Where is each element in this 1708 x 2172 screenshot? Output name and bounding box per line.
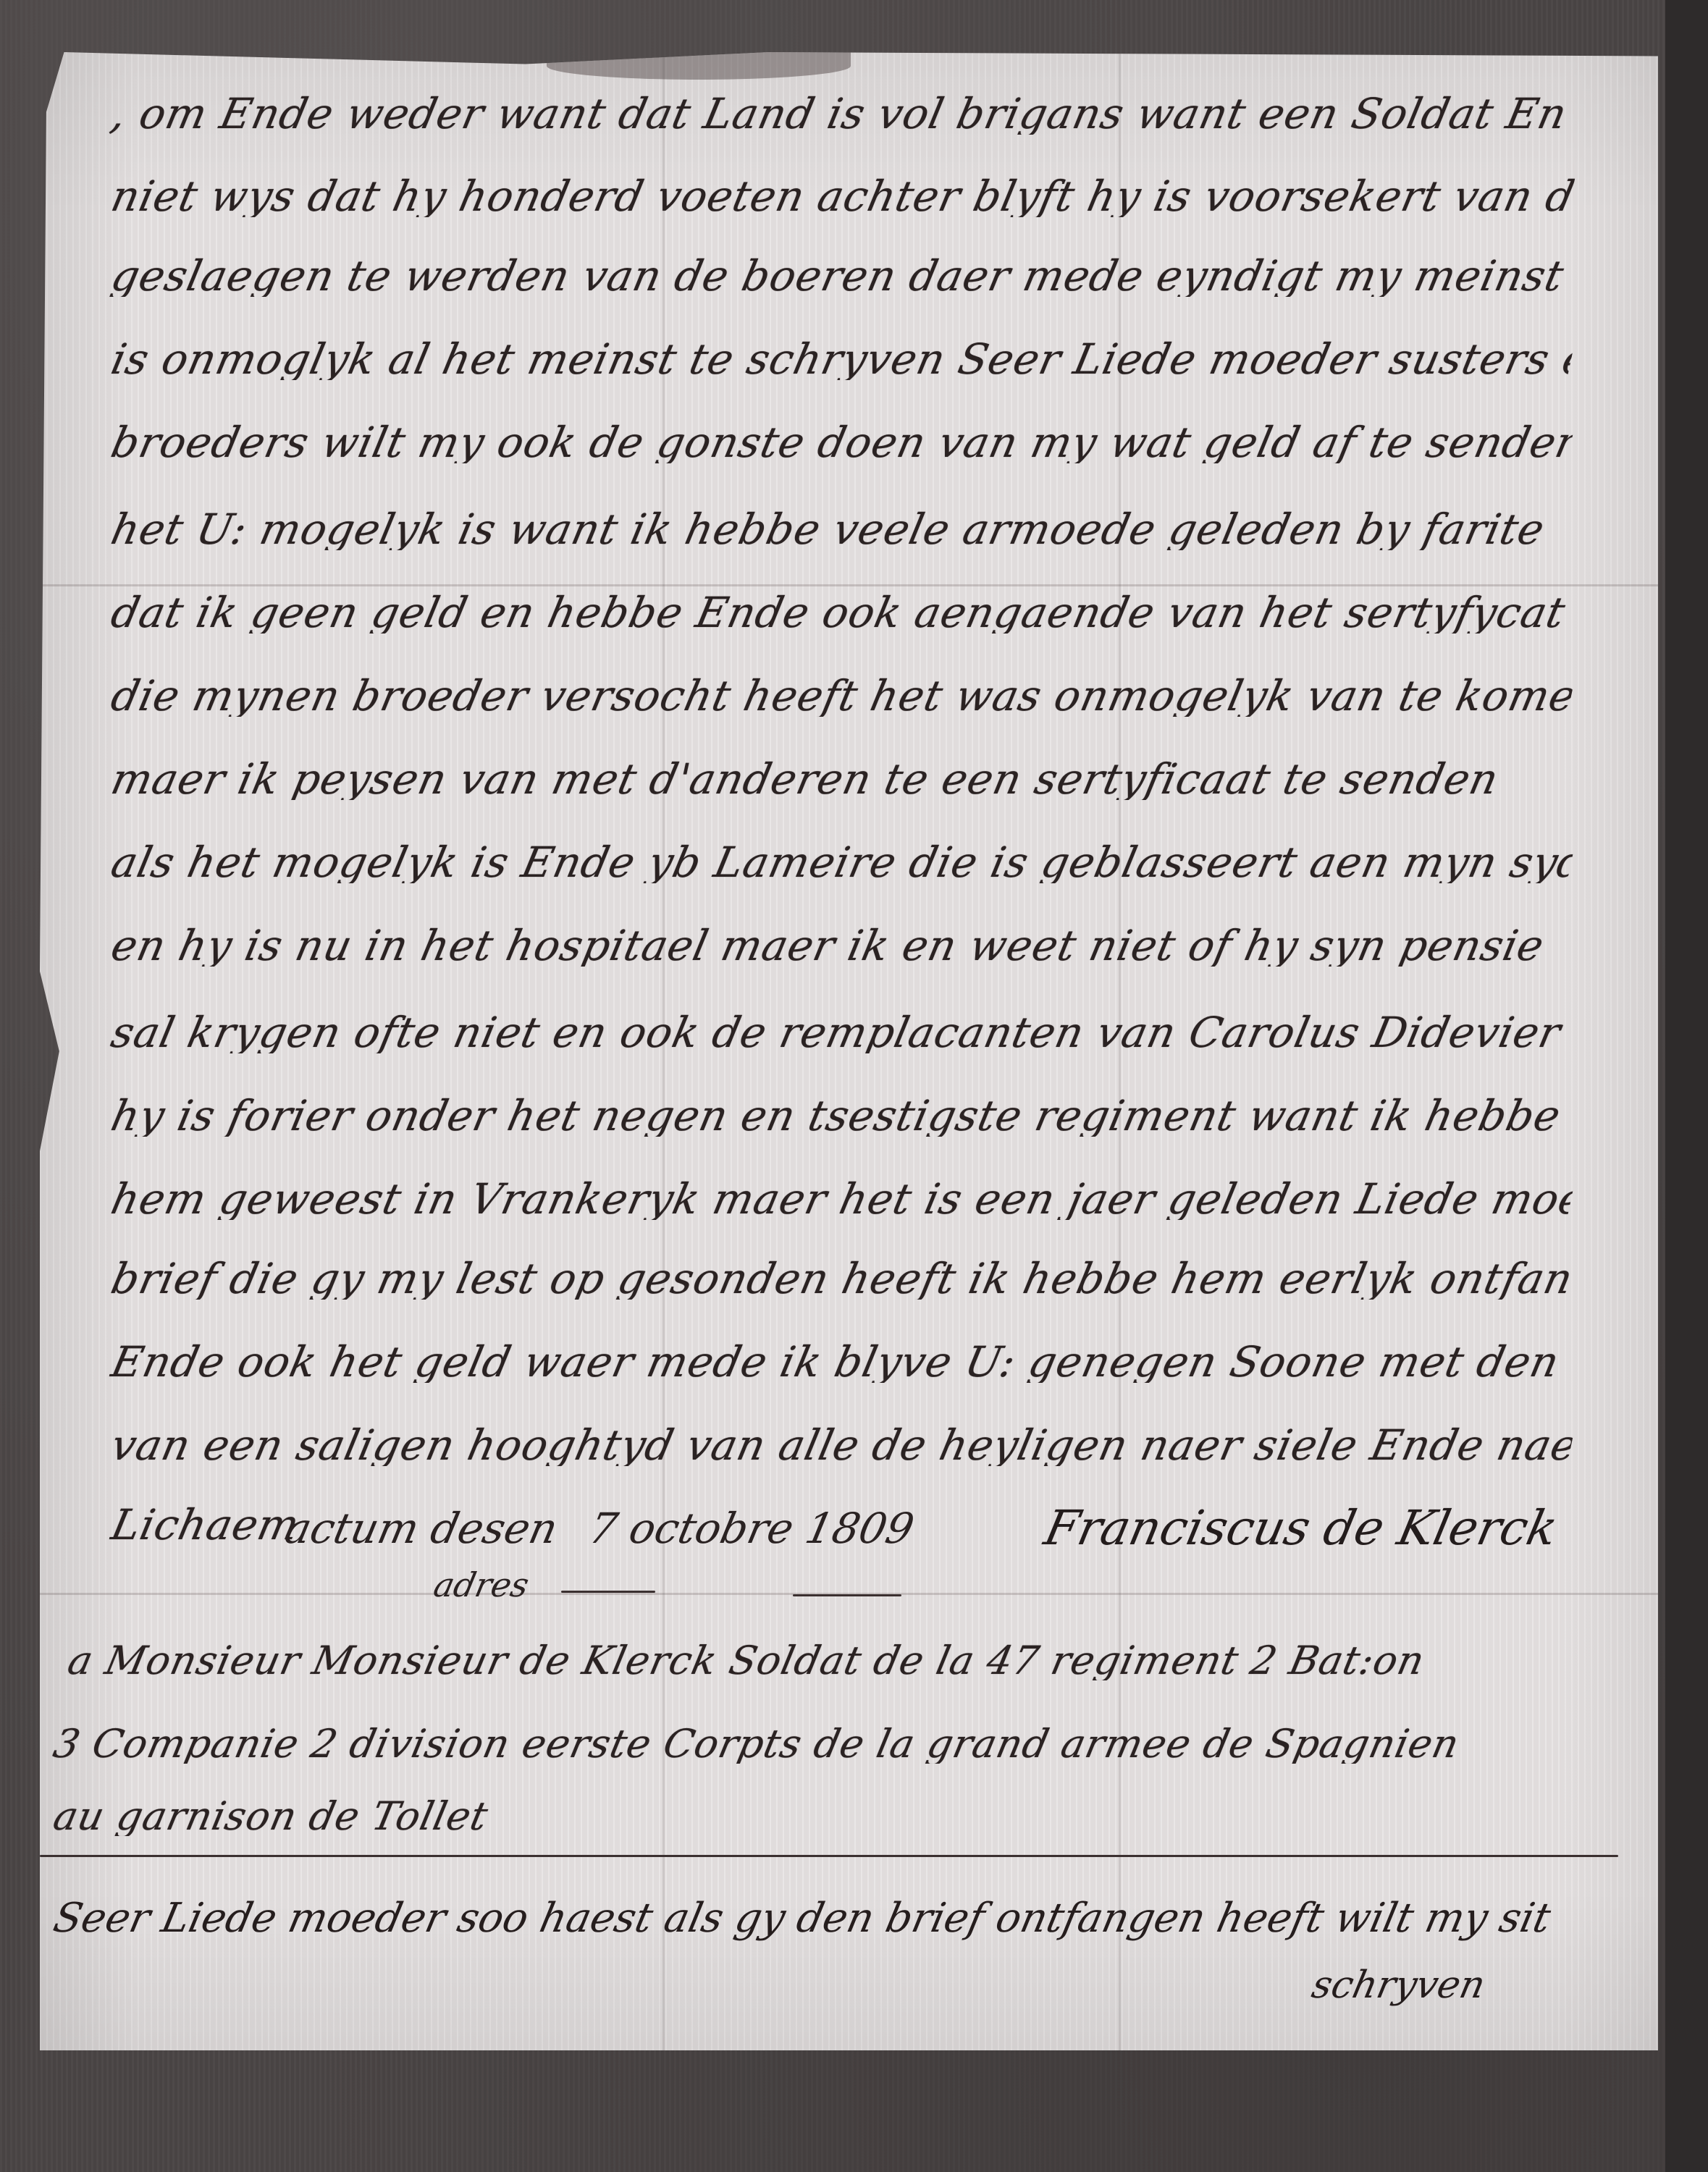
closing-actum: actum desen <box>281 1504 563 1553</box>
letter-line: het U: mogelyk is want ik hebbe veele ar… <box>108 508 1576 550</box>
flourish-rule <box>793 1594 901 1596</box>
letter-line: Ende ook het geld waer mede ik blyve U: … <box>108 1341 1576 1383</box>
address-line: a Monsieur Monsieur de Klerck Soldat de … <box>64 1641 1575 1680</box>
letter-line: van een saligen hooghtyd van alle de hey… <box>108 1424 1576 1466</box>
address-label: adres <box>430 1565 532 1604</box>
signature: Franciscus de Klerck <box>1040 1500 1562 1556</box>
letter-line: die mynen broeder versocht heeft het was… <box>108 675 1576 717</box>
letter-line: , om Ende weder want dat Land is vol bri… <box>108 93 1576 135</box>
closing-date: 7 octobre 1809 <box>585 1504 919 1553</box>
letter-line: niet wys dat hy honderd voeten achter bl… <box>108 175 1576 217</box>
fold-crease <box>40 584 1658 586</box>
letter-line: als het mogelyk is Ende yb Lameire die i… <box>108 841 1576 883</box>
letter-line: maer ik peysen van met d'anderen te een … <box>108 758 1576 800</box>
letter-line: brief die gy my lest op gesonden heeft i… <box>108 1258 1576 1300</box>
letter-line: broeders wilt my ook de gonste doen van … <box>108 421 1576 463</box>
address-line: 3 Companie 2 division eerste Corpts de l… <box>50 1725 1575 1764</box>
letter-line: geslaegen te werden van de boeren daer m… <box>108 255 1576 297</box>
letter-line: dat ik geen geld en hebbe Ende ook aenga… <box>108 592 1576 633</box>
postscript-end: schryven <box>1308 1963 1489 2007</box>
flourish-rule <box>561 1591 655 1593</box>
letter-line: Lichaem <box>108 1504 303 1546</box>
photo-backdrop-edge <box>1665 0 1708 2172</box>
letter-line: hy is forier onder het negen en tsestigs… <box>108 1095 1576 1137</box>
address-line: au garnison de Tollet <box>50 1797 1575 1836</box>
paper-tear <box>547 52 851 80</box>
postscript-line: Seer Liede moeder soo haest als gy den b… <box>49 1895 1555 1942</box>
letter-line: sal krygen ofte niet en ook de remplacan… <box>108 1011 1576 1053</box>
letter-sheet: , om Ende weder want dat Land is vol bri… <box>40 52 1658 2050</box>
letter-line: hem geweest in Vrankeryk maer het is een… <box>108 1178 1576 1220</box>
separator-rule <box>40 1855 1618 1857</box>
letter-line: en hy is nu in het hospitael maer ik en … <box>108 925 1576 967</box>
letter-line: is onmoglyk al het meinst te schryven Se… <box>108 338 1576 380</box>
